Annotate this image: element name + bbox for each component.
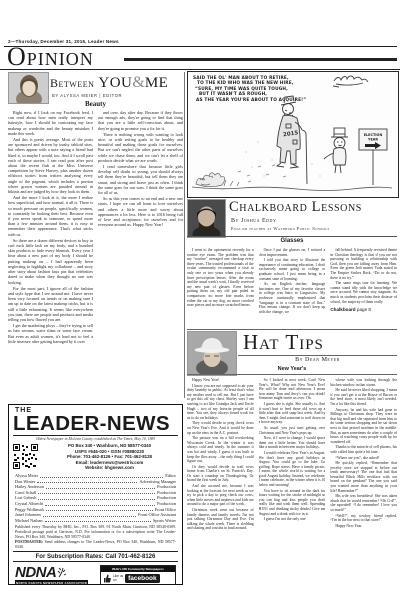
article-column: and over, day after day. Because if they… (98, 110, 183, 396)
paragraph: He said he never liked shopping. I mean … (330, 388, 397, 406)
paragraph: The same rings true for learning. We can… (330, 281, 397, 304)
article-body: I went to the optometrist recently for a… (187, 248, 397, 328)
portrait-illustration (188, 200, 225, 237)
paragraph: And this is pretty average. Most of the … (8, 137, 93, 194)
section-title: Opinion (7, 44, 94, 70)
contact-line: Website: bhgnews.com (41, 465, 178, 471)
editorial-cartoon: Said the ol' man about to retire,To the … (187, 71, 399, 198)
wheat-icon (56, 566, 68, 578)
paragraph: Happy New Year. (330, 524, 397, 529)
on-label: on (113, 579, 123, 582)
thumbs-up-icon (103, 574, 111, 583)
section-thick-rule (124, 58, 397, 61)
masthead-tagline: Oldest Newspaper in McLean County, estab… (13, 437, 178, 441)
article-body: Right now, if I look on my Facebook feed… (8, 110, 183, 396)
staff-name: Michael Nathan (15, 518, 43, 524)
divider (187, 236, 397, 237)
paragraph: For the most part, I ignore all of the f… (8, 286, 93, 322)
masthead-logos-row: NDNA NORTH DAKOTA NEWSPAPER ASSOCIATION … (13, 564, 178, 585)
paragraph: As an English teacher, language fascinat… (259, 282, 326, 314)
paragraph: “Well?”, my cowboy friend replied, “I'm … (330, 514, 397, 523)
paragraph: I know you are not supposed to air your … (187, 384, 254, 421)
facebook-wordmark: facebook (125, 574, 160, 584)
column-divider (184, 72, 185, 398)
masthead-box: The Leader-News Oldest Newspaper in McLe… (8, 404, 183, 585)
byline: By Joshua Eddy (231, 218, 276, 224)
paragraph: And the more I look at it, the more I re… (8, 195, 93, 237)
old-man-2015-figure (277, 96, 307, 184)
baby-new-year-figure (324, 128, 348, 173)
dotted-leader (38, 493, 155, 494)
paragraph: I went to the optometrist recently for a… (187, 248, 254, 308)
paragraph: Right now, if I look on my Facebook feed… (8, 110, 93, 136)
ndna-wordmark: NDNA (15, 566, 56, 580)
logo-word-you: YOU (98, 75, 132, 91)
paragraph: You have to sit around in the dark for h… (259, 489, 326, 517)
paragraph: I guess she is right. She usually is. An… (259, 402, 326, 425)
byline-subtitle: English teacher at Washburn Public Schoo… (231, 226, 330, 231)
article-column: Happy New Year!I know you are not suppos… (187, 378, 254, 578)
article-body: Happy New Year!I know you are not suppos… (187, 378, 397, 578)
paragraph: And she accused me, because I was lookin… (187, 484, 254, 507)
paragraph: They would decide to preg check cows on … (187, 421, 254, 435)
article-headline: Beauty (8, 100, 183, 108)
columnist-photo-joshua-eddy (187, 199, 226, 238)
paragraph: whose wife was looking through the kitch… (330, 378, 397, 387)
article-column: Right now, if I look on my Facebook feed… (8, 110, 93, 396)
staff-list: Alyssa Meier Editor Don Winter Advertisi… (15, 473, 176, 523)
article-headline: Glasses (187, 238, 397, 244)
publisher-note: Published every Thursday by BHG, Inc., P… (15, 525, 176, 539)
postmaster-label: POSTMASTER: (15, 540, 43, 544)
logo-word-me: ME (145, 75, 169, 91)
paragraph: Happy New Year! (187, 378, 254, 383)
masthead-contact-lines: PO Box 340 • Washburn, ND 58577-0340USPS… (41, 443, 178, 471)
continuation-jumpline: Chalkboard page 8 (330, 307, 397, 312)
paragraph: Once I put the glasses on, I noticed a c… (259, 248, 326, 257)
staff-row: Michael Nathan Sports Writer (15, 518, 176, 524)
ground-line (192, 187, 392, 191)
divider (187, 329, 397, 330)
jump-page: page 8 (356, 307, 371, 312)
paragraph: Now, if I were to change, I would space … (259, 436, 326, 450)
jump-word: Chalkboard (330, 307, 355, 312)
dotted-leader (45, 505, 155, 506)
bush-sketch (196, 173, 239, 187)
article-headline: New Year's (187, 366, 397, 372)
article-column: whose wife was looking through the kitch… (330, 378, 397, 578)
byline: BY ALYSSA MEIER | EDITOR (52, 93, 122, 98)
column-paragraphs: fall behind. A frequently revisited them… (330, 248, 397, 304)
dotted-leader (37, 482, 137, 483)
paragraph: So there are a dozen different devices t… (8, 238, 93, 285)
subscription-rates-line: For Subscription Rates: Call 701-462-812… (13, 551, 178, 562)
paragraph: His wife was breathless! She was taken a… (330, 494, 397, 512)
masthead-contact-row: PO Box 340 • Washburn, ND 58577-0340USPS… (13, 443, 178, 471)
column-title: Hat Tips (243, 330, 324, 355)
dotted-leader (40, 477, 163, 478)
paragraph: As usual, you just start getting over Ch… (259, 426, 326, 435)
facebook-badge: BHG's ND Community Newspapers Like us on… (100, 565, 176, 585)
paragraph: I would celebrate New Year's in August. … (259, 451, 326, 488)
paragraph: fall behind. A frequently revisited them… (330, 248, 397, 280)
paragraph: “Where are you”, she asked? (330, 456, 397, 461)
paragraph: Or they would decide to trail cows home … (187, 465, 254, 483)
paragraph: Thanks to the miracle of cell phones, hi… (330, 445, 397, 454)
dotted-leader (46, 510, 153, 511)
masthead-name: Leader-News (13, 414, 178, 436)
article-column: So I looked at next week. Can't New Year… (259, 378, 326, 578)
facebook-like-text: Like us on (113, 575, 123, 582)
staff-role: Sports Writer (153, 518, 176, 524)
divider (238, 355, 397, 356)
byline: By Dean Meyer (238, 357, 397, 363)
qr-code-icon (13, 444, 38, 469)
newspaper-opinion-page: 2—Thursday, December 31, 2015, Leader Ne… (0, 0, 400, 600)
paragraph: Christmas week went out because of famil… (187, 508, 254, 531)
paragraph: I guess I'm not the only one (259, 517, 326, 522)
paragraph: I get the marketing ploys – they're tryi… (8, 323, 93, 344)
column-title: Chalkboard Lessons (229, 199, 362, 216)
ndna-caption: NORTH DAKOTA NEWSPAPER ASSOCIATION (15, 580, 88, 585)
postmaster-note: POSTMASTER: Send address changes to The … (15, 540, 176, 549)
paragraph: He quickly replied, “Remember that jewel… (330, 461, 397, 493)
logo-word-between: Between (50, 76, 94, 90)
ndna-logo: NDNA NORTH DAKOTA NEWSPAPER ASSOCIATION (15, 566, 88, 585)
article-column: I went to the optometrist recently for a… (187, 248, 254, 328)
dotted-leader (43, 516, 136, 517)
cartoon-drawing: 2015 ELECTION YEAR (188, 72, 396, 195)
section-bottom-rule (0, 69, 400, 70)
article-column: fall behind. A frequently revisited them… (330, 248, 397, 328)
sign-text-line2: YEAR (367, 138, 378, 142)
logo-ampersand: & (132, 74, 144, 91)
debris-marks (238, 165, 286, 182)
paragraph: The pasture was on a hill overlooking Wi… (187, 436, 254, 464)
dotted-leader (38, 499, 155, 500)
sign-text-line1: ELECTION (364, 133, 383, 137)
paragraph: Anyway, he and his wife had gone to Bill… (330, 408, 397, 445)
dotted-leader (46, 488, 155, 489)
dotted-leader (45, 521, 151, 522)
paragraph: and over, day after day. Because if they… (98, 110, 183, 131)
column-logo: Between YOU&ME (50, 74, 168, 92)
paragraph: I read somewhere that because little gir… (98, 164, 183, 195)
cartoonist-signature (333, 76, 368, 87)
portrait-illustration (9, 73, 48, 103)
divider (187, 374, 397, 375)
paragraph: So I looked at next week. Can't New Year… (259, 378, 326, 401)
paragraph: So as this year comes to an end and a ne… (98, 196, 183, 227)
article-column: Once I put the glasses on, I noticed a c… (259, 248, 326, 328)
paragraph: There is nothing wrong with wanting to l… (98, 132, 183, 163)
paragraph: I told you that story to illustrate the … (259, 258, 326, 281)
